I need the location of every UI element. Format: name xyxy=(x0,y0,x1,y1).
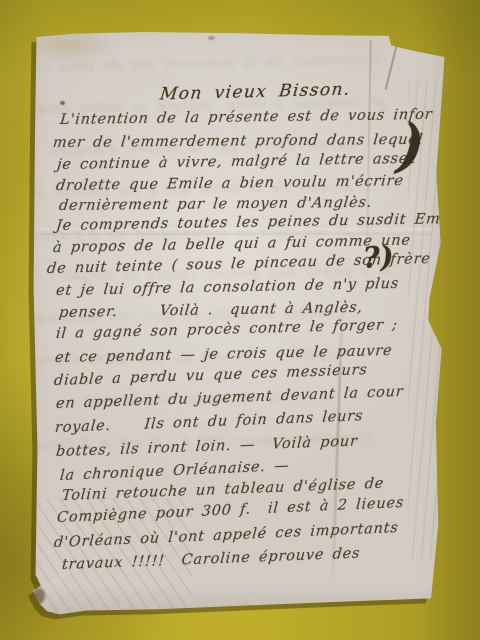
letter-line: dernièrement par le moyen d'Anglès. xyxy=(58,195,373,214)
letter-line: je continue à vivre, malgré la lettre as… xyxy=(56,151,417,173)
letter-line: mer de l'emmerdement profond dans lequel xyxy=(52,132,424,151)
letter-line: travaux !!!!! Caroline éprouve des xyxy=(61,546,361,574)
margin-question-mark: ?) xyxy=(362,239,395,275)
letter-paper: L'intention de la présente est de vous i… xyxy=(0,0,480,640)
letter-line: drolette que Emile a bien voulu m'écrire xyxy=(55,173,404,194)
torn-corner-crease xyxy=(385,31,401,90)
letter-salutation: Mon vieux Bisson. xyxy=(159,79,352,104)
ink-stain xyxy=(60,101,65,105)
photo-background: L'intention de la présente est de vous i… xyxy=(0,0,480,640)
letter-line: il a gagné son procès contre le forger ; xyxy=(55,317,398,342)
letter-line: royale. Ils ont du foin dans leurs xyxy=(54,408,364,436)
bleedthrough-line: L'intention de la présente est de vous i… xyxy=(9,52,382,76)
letter-line: diable a perdu vu que ces messieurs xyxy=(53,362,368,389)
letter-line: L'intention de la présente est de vous i… xyxy=(59,107,433,128)
letter-line: penser. Voilà . quant à Anglès, xyxy=(58,300,364,321)
paper-stain xyxy=(208,36,215,40)
letter-line: Je comprends toutes les peines du susdit… xyxy=(55,211,462,234)
letter-line: et je lui offre la consolation de n'y pl… xyxy=(55,276,400,299)
letter-line: bottes, ils iront loin. — Voilà pour xyxy=(55,433,358,460)
